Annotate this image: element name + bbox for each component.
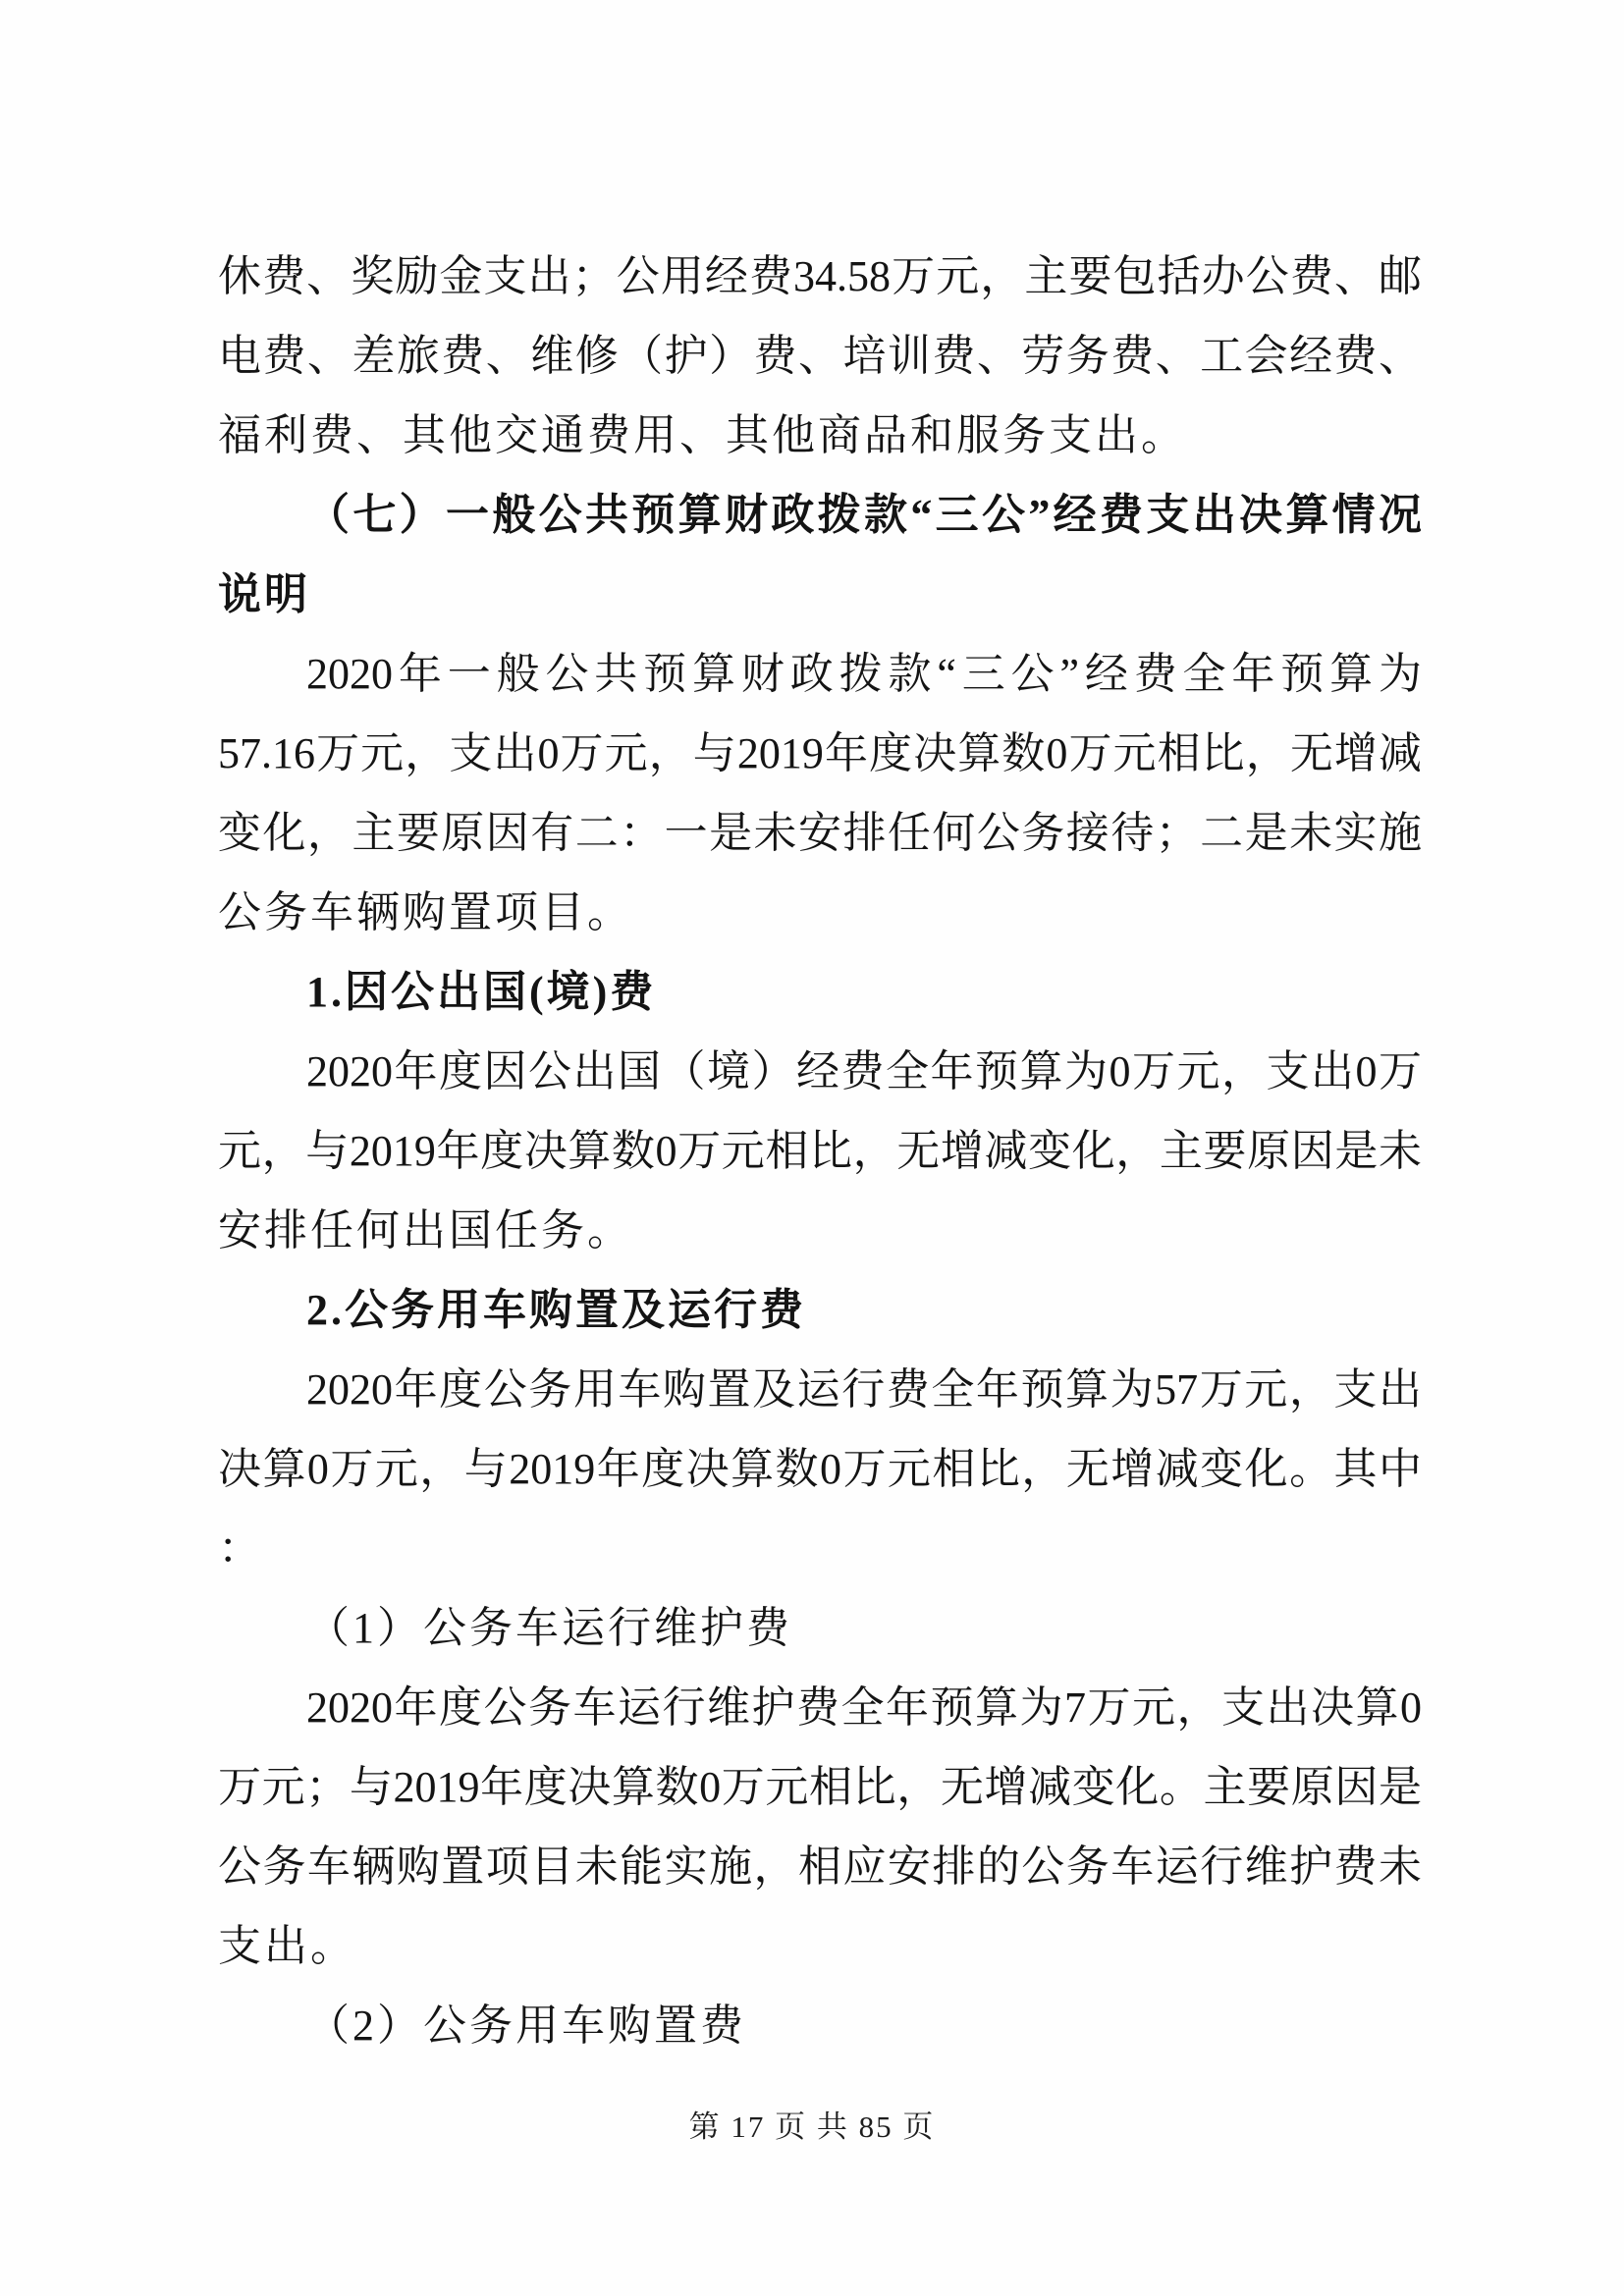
body-line: 2020年一般公共预算财政拨款“三公”经费全年预算为 xyxy=(218,634,1422,714)
body-line: 电费、差旅费、维修（护）费、培训费、劳务费、工会经费、 xyxy=(218,316,1422,396)
body-line: ： xyxy=(218,1509,1422,1588)
body-line: 休费、奖励金支出；公用经费34.58万元，主要包括办公费、邮 xyxy=(218,237,1422,316)
subsection-heading-line: 1.因公出国(境)费 xyxy=(218,952,1422,1032)
body-line: 安排任何出国任务。 xyxy=(218,1191,1422,1270)
body-line: 决算0万元，与2019年度决算数0万元相比，无增减变化。其中 xyxy=(218,1429,1422,1509)
body-line: 万元；与2019年度决算数0万元相比，无增减变化。主要原因是 xyxy=(218,1747,1422,1827)
section-heading-line: （七）一般公共预算财政拨款“三公”经费支出决算情况 xyxy=(218,475,1422,555)
subsection-heading-line: 2.公务用车购置及运行费 xyxy=(218,1270,1422,1350)
body-line: 2020年度因公出国（境）经费全年预算为0万元，支出0万 xyxy=(218,1032,1422,1111)
page-footer: 第 17 页 共 85 页 xyxy=(0,2108,1624,2147)
body-line: 元，与2019年度决算数0万元相比，无增减变化，主要原因是未 xyxy=(218,1111,1422,1191)
body-line: 支出。 xyxy=(218,1906,1422,1986)
body-line: 2020年度公务车运行维护费全年预算为7万元，支出决算0 xyxy=(218,1668,1422,1747)
body-line: 变化，主要原因有二：一是未安排任何公务接待；二是未实施 xyxy=(218,793,1422,873)
body-line: 公务车辆购置项目未能实施，相应安排的公务车运行维护费未 xyxy=(218,1827,1422,1906)
document-content: 休费、奖励金支出；公用经费34.58万元，主要包括办公费、邮电费、差旅费、维修（… xyxy=(218,237,1422,2065)
section-heading-line: 说明 xyxy=(218,555,1422,634)
body-line: 福利费、其他交通费用、其他商品和服务支出。 xyxy=(218,396,1422,475)
document-page: 休费、奖励金支出；公用经费34.58万元，主要包括办公费、邮电费、差旅费、维修（… xyxy=(0,0,1624,2296)
body-line: 57.16万元，支出0万元，与2019年度决算数0万元相比，无增减 xyxy=(218,714,1422,793)
list-item-heading-line: （2）公务用车购置费 xyxy=(218,1986,1422,2065)
body-line: 公务车辆购置项目。 xyxy=(218,873,1422,952)
list-item-heading-line: （1）公务车运行维护费 xyxy=(218,1588,1422,1668)
body-line: 2020年度公务用车购置及运行费全年预算为57万元，支出 xyxy=(218,1350,1422,1429)
